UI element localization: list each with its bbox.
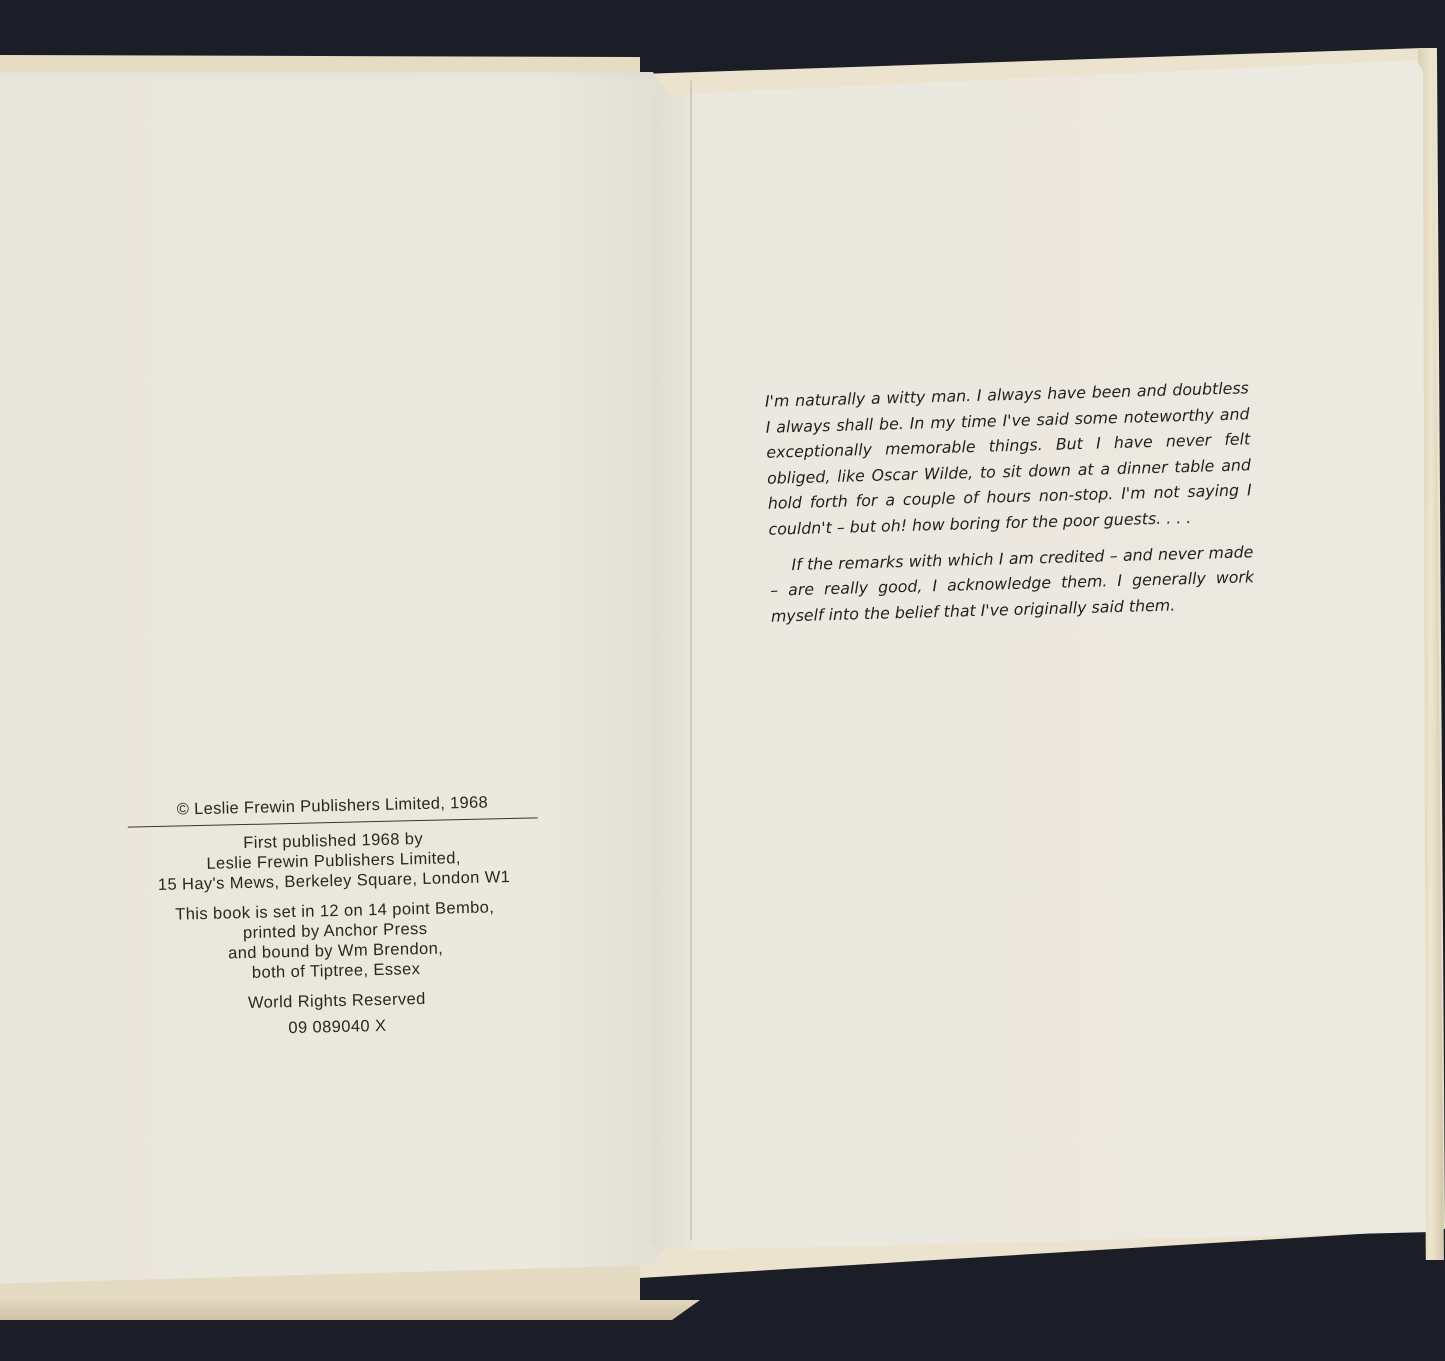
left-page	[0, 72, 680, 1302]
rights-line: World Rights Reserved	[132, 986, 542, 1015]
printing-info: This book is set in 12 on 14 point Bembo…	[130, 896, 542, 985]
book-gutter	[690, 80, 692, 1240]
quote-paragraph: I'm naturally a witty man. I always have…	[765, 375, 1253, 542]
cover-bottom-edge	[0, 1300, 700, 1320]
quote-paragraph: If the remarks with which I am credited …	[769, 539, 1255, 629]
copyright-imprint: © Leslie Frewin Publishers Limited, 1968…	[127, 791, 543, 1051]
rights-info: World Rights Reserved 09 089040 X	[132, 986, 543, 1041]
isbn-line: 09 089040 X	[132, 1012, 542, 1041]
publication-info: First published 1968 by Leslie Frewin Pu…	[128, 826, 539, 895]
right-page	[652, 60, 1426, 1250]
epigraph-quote: I'm naturally a witty man. I always have…	[765, 375, 1256, 639]
